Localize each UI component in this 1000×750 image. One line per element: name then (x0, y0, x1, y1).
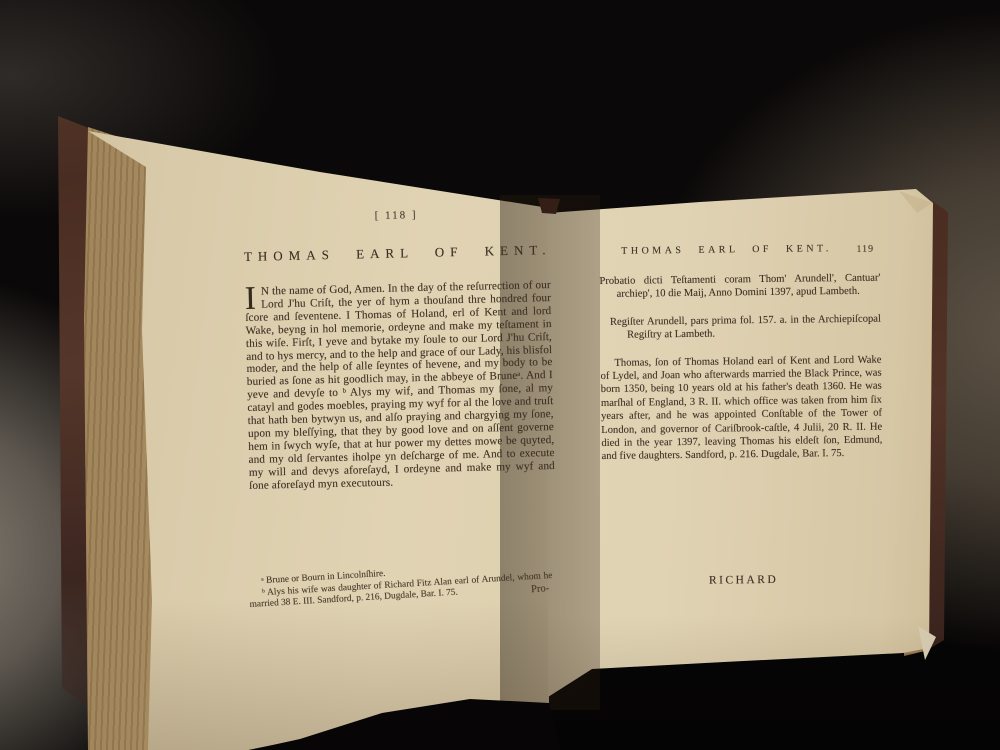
left-page-heading: THOMAS EARL OF KENT. (244, 242, 550, 265)
right-page-header: THOMAS EARL OF KENT. 119 (599, 243, 880, 261)
right-page-heading: THOMAS EARL OF KENT. (599, 243, 854, 257)
book-photo: [ 118 ] THOMAS EARL OF KENT. IN the name… (0, 0, 1000, 750)
drop-cap: I (245, 286, 262, 311)
register-paragraph: Regiſter Arundell, pars prima fol. 157. … (610, 312, 881, 342)
will-text: N the name of God, Amen. In the day of t… (245, 279, 555, 491)
probate-paragraph: Probatio dicti Teſtamenti coram Thom' Ar… (599, 272, 880, 302)
right-page-text: THOMAS EARL OF KENT. 119 Probatio dicti … (599, 243, 883, 478)
biography-paragraph: Thomas, ſon of Thomas Holand earl of Ken… (600, 353, 882, 464)
left-page-text: [ 118 ] THOMAS EARL OF KENT. IN the name… (243, 206, 555, 492)
right-page-number: 119 (856, 244, 874, 255)
will-text-paragraph: IN the name of God, Amen. In the day of … (245, 279, 556, 492)
